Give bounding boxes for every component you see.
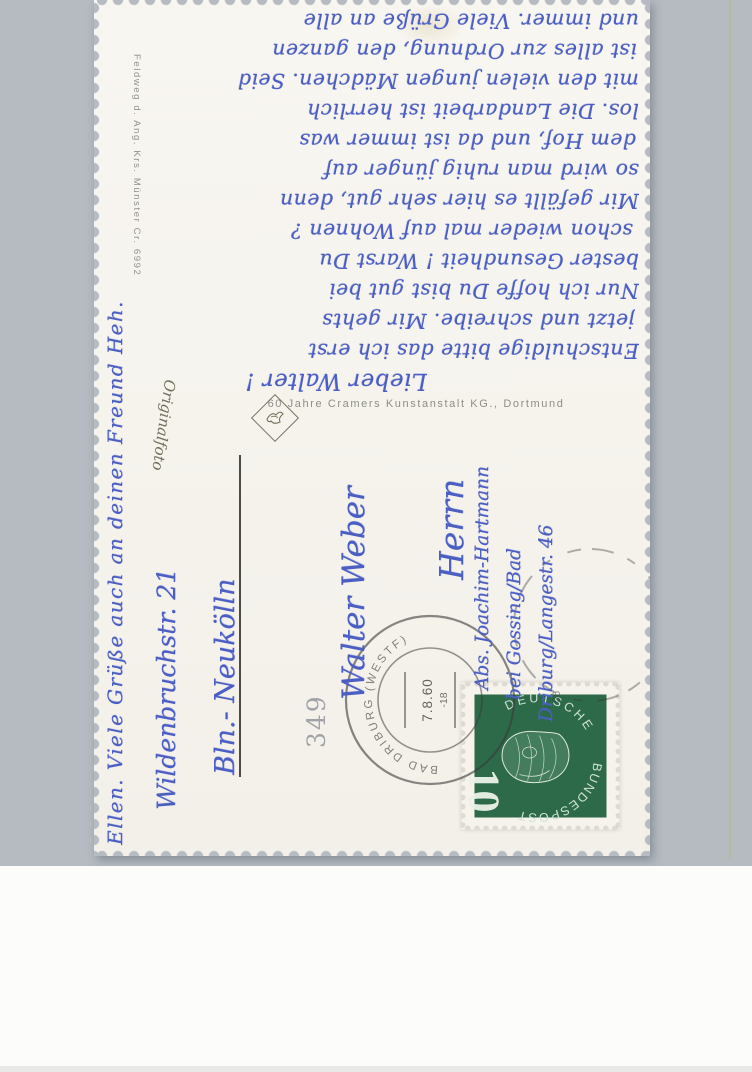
message-line: jetzt und schreibe. Mir gehts bbox=[112, 306, 635, 336]
recipient-city: Bln.- Neukölln bbox=[210, 579, 241, 775]
city-underline bbox=[239, 455, 241, 777]
sender-line: bei Gossing/Bad bbox=[504, 548, 525, 700]
sender-line: Abs. Joachim-Hartmann bbox=[472, 466, 493, 690]
scanner-edge-line bbox=[729, 0, 731, 858]
message-line: schon wieder mal auf Wohnen ? bbox=[112, 216, 633, 246]
publisher-imprint: 60 Jahre Cramers Kunstanstalt KG., Dortm… bbox=[256, 398, 576, 410]
handwritten-message: Lieber Walter ! Entschuldige bitte das i… bbox=[112, 4, 639, 396]
eagle-emblem-icon bbox=[262, 405, 288, 431]
pencil-number: 349 bbox=[302, 694, 331, 748]
message-line: Entschuldige bitte das ich erst bbox=[112, 336, 639, 366]
message-line: Lieber Walter ! bbox=[112, 366, 427, 396]
message-line: bester Gesundheit ! Warst Du bbox=[112, 246, 639, 276]
message-line: so wird man ruhig jünger auf bbox=[112, 156, 639, 186]
message-line: Nur ich hoffe Du bist gut bei bbox=[112, 276, 639, 306]
message-line: dem Hof, und da ist immer was bbox=[112, 126, 636, 156]
recipient-street: Wildenbruchstr. 21 bbox=[152, 568, 181, 810]
scanner-bottom-line bbox=[0, 1066, 752, 1072]
message-line: Mir gefällt es hier sehr gut, denn bbox=[112, 186, 639, 216]
message-line: ist alles zur Ordnung, den ganzen bbox=[112, 36, 637, 66]
message-line: und immer. Viele Grüße an alle bbox=[112, 6, 639, 36]
recipient-salutation: Herrn bbox=[432, 479, 471, 580]
postmark-date: 7.8.60 bbox=[420, 678, 435, 722]
message-edge-line: Ellen. Viele Grüße auch an deinen Freund… bbox=[103, 300, 127, 845]
scanned-postcard: Lieber Walter ! Entschuldige bitte das i… bbox=[0, 0, 752, 1072]
postmark-hour: -18 bbox=[438, 692, 450, 707]
postmark-fragment: 06 bbox=[470, 545, 650, 745]
scanner-white-area bbox=[0, 866, 752, 1072]
message-line: mit den vielen jungen Mädchen. Seid bbox=[112, 66, 639, 96]
sender-line: Driburg/Langestr. 46 bbox=[536, 525, 557, 722]
recipient-name: Walter Weber bbox=[336, 486, 372, 700]
message-line: los. Die Landarbeit ist herrlich bbox=[112, 96, 639, 126]
